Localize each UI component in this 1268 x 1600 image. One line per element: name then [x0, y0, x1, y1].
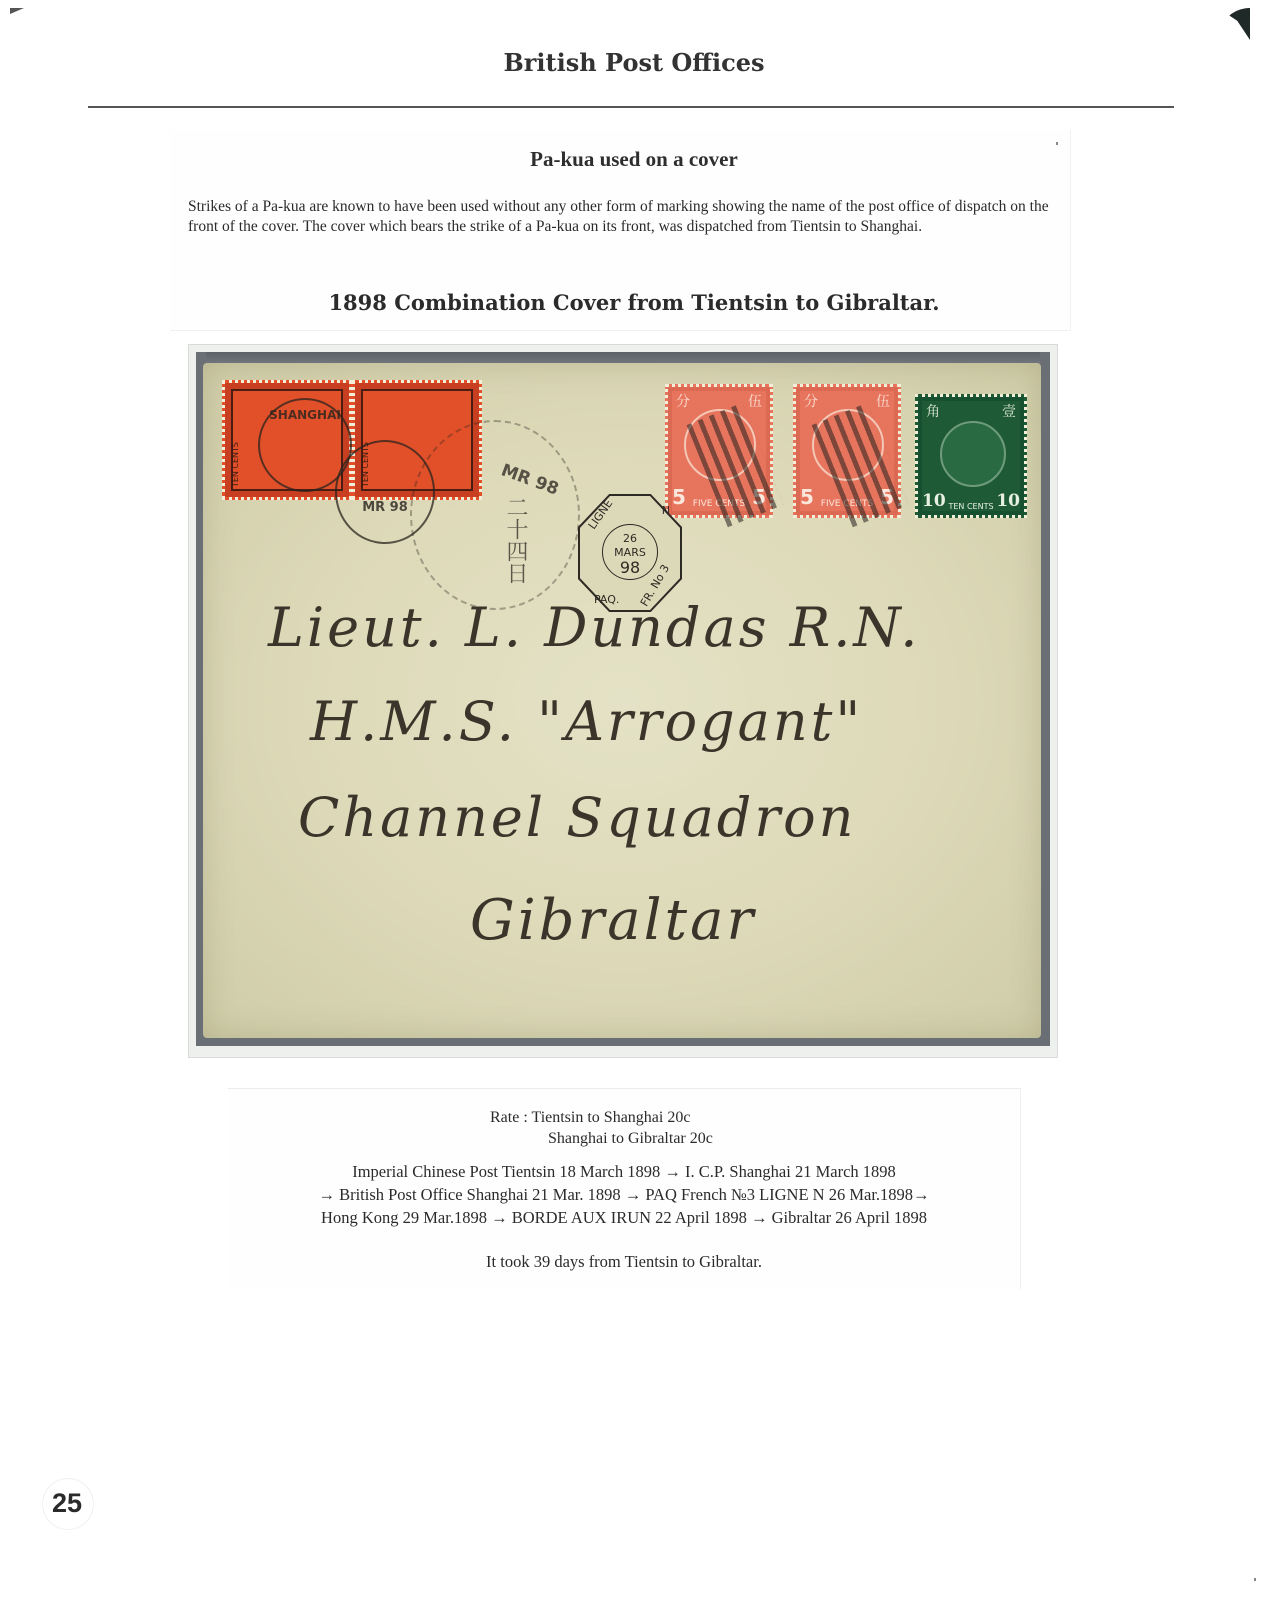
route-block: Imperial Chinese Post Tientsin 18 March …: [228, 1160, 1020, 1229]
rate-line-2: Shanghai to Gibraltar 20c: [548, 1128, 713, 1149]
duration-note: It took 39 days from Tientsin to Gibralt…: [228, 1252, 1020, 1272]
dragon-seal-icon: [940, 421, 1006, 487]
route-line-1: Imperial Chinese Post Tientsin 18 March …: [228, 1160, 1020, 1183]
scan-speck: [1056, 142, 1058, 145]
page-number: 25: [42, 1478, 92, 1528]
postmark-chinese-characters: 二十四日: [448, 496, 528, 586]
scan-speck: [1254, 1578, 1256, 1581]
stamp-china-10c: 角壹 10 TEN CENTS 10: [915, 394, 1027, 518]
postmark-ligne-n-text: LIGNE N 26 MARS 98 PAQ. FR. No 3: [580, 496, 680, 610]
mount-right-strip: [1040, 352, 1050, 1046]
address-line-2: H.M.S. "Arrogant": [310, 690, 863, 753]
cover-title: 1898 Combination Cover from Tientsin to …: [0, 290, 1268, 315]
route-line-2: → British Post Office Shanghai 21 Mar. 1…: [228, 1183, 1020, 1206]
stamp-value-text: TEN CENTS: [231, 442, 240, 487]
intro-paragraph: Strikes of a Pa-kua are known to have be…: [188, 197, 1068, 237]
rate-line-1: Rate : Tientsin to Shanghai 20c: [490, 1107, 690, 1128]
page-corner-tab: [1218, 8, 1250, 40]
header-divider: [88, 106, 1174, 108]
section-title: Pa-kua used on a cover: [0, 147, 1268, 172]
address-line-4: Gibraltar: [470, 888, 756, 953]
route-line-3: Hong Kong 29 Mar.1898 → BORDE AUX IRUN 2…: [228, 1206, 1020, 1229]
address-line-1: Lieut. L. Dundas R.N.: [268, 596, 920, 659]
address-line-3: Channel Squadron: [298, 786, 856, 849]
scan-corner-mark: [10, 8, 24, 14]
page-header: British Post Offices: [0, 48, 1268, 77]
